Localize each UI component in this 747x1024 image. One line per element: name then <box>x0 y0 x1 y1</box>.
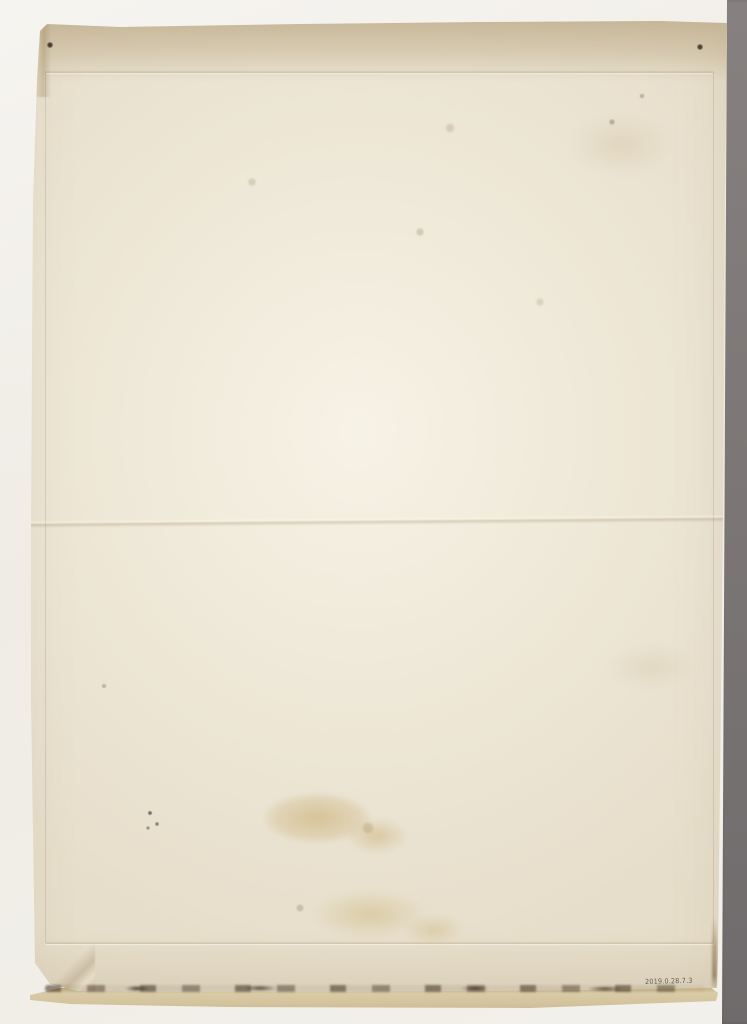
paper-sheet: 2019.0.28.7.3 <box>0 0 747 1024</box>
bottom-edge-gap-shadow <box>45 985 705 992</box>
foxing-specks-layer <box>0 0 747 1024</box>
photographed-sheet-verso: 2019.0.28.7.3 <box>0 0 747 1024</box>
